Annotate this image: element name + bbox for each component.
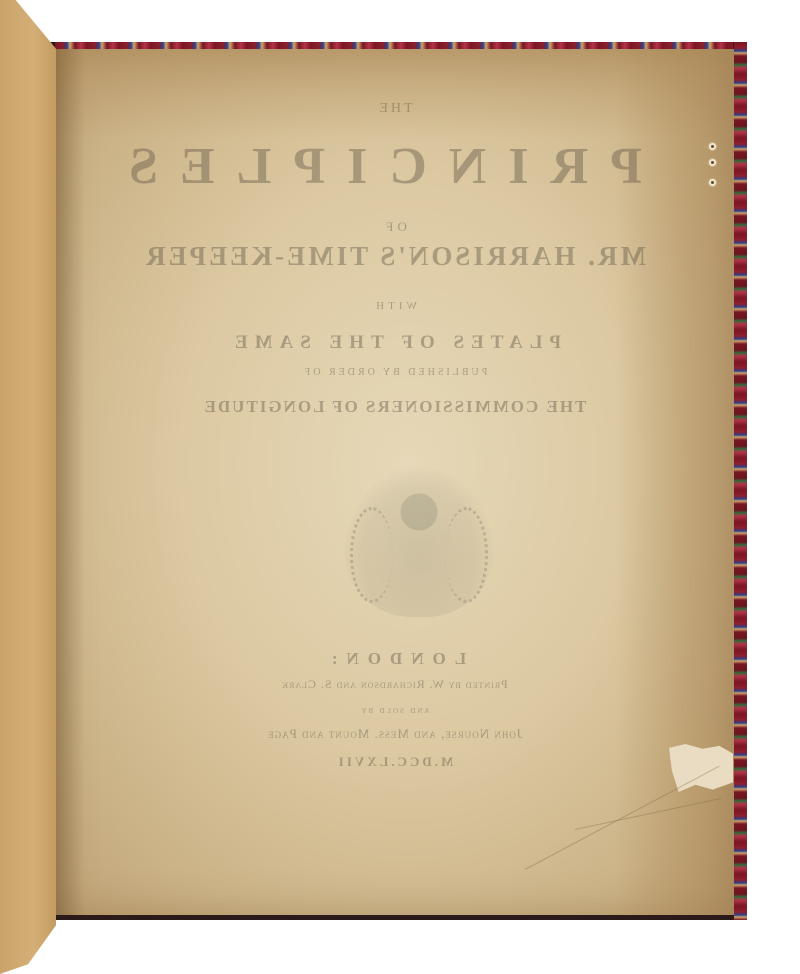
book-plates-line: PLATES OF THE SAME — [55, 332, 734, 354]
imprint-date: M.DCC.LXVII — [55, 754, 734, 770]
authority-line: THE COMMISSIONERS OF LONGITUDE — [55, 397, 734, 417]
laurel-right-icon — [350, 507, 393, 603]
imprint-place: LONDON: — [55, 649, 734, 669]
marbled-fore-edge — [733, 42, 747, 920]
published-by-line: PUBLISHED BY ORDER OF — [55, 367, 734, 378]
book-subject: MR. HARRISON'S TIME-KEEPER — [55, 241, 734, 272]
imprint-sellers: John Nourse, and Mess. Mount and Page — [55, 726, 734, 742]
imprint-sold-by: and sold by — [55, 705, 734, 716]
laurel-left-icon — [445, 507, 488, 603]
front-flyleaf — [0, 0, 56, 974]
title-line-of: OF — [55, 219, 734, 235]
book-title: PRINCIPLES — [15, 137, 734, 196]
imprint-printer: Printed by W. Richardson and S. Clark — [55, 677, 734, 692]
title-text-showthrough: THE PRINCIPLES OF MR. HARRISON'S TIME-KE… — [55, 49, 734, 915]
crest-ornament-icon — [344, 467, 494, 617]
title-line-with: WITH — [55, 300, 734, 312]
title-line-the: THE — [55, 101, 734, 117]
